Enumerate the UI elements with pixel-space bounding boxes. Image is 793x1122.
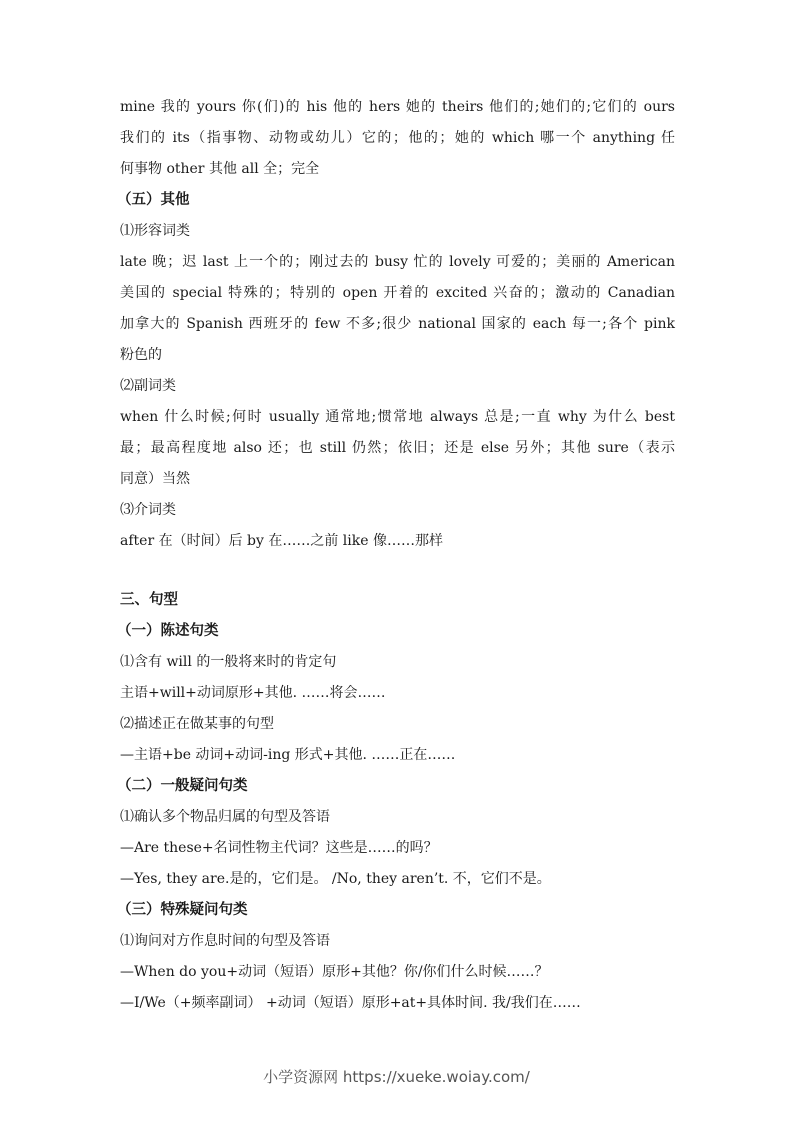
text-line: ⑴含有 will 的一般将来时的肯定句 — [120, 647, 675, 678]
text-line: 粉色的 — [120, 340, 675, 371]
subsection-title: ⑵副词类 — [120, 371, 675, 402]
text-line: mine 我的 yours 你(们)的 his 他的 hers 她的 their… — [120, 92, 675, 123]
text-line: after 在（时间）后 by 在……之前 like 像……那样 — [120, 526, 675, 557]
subsection-title: ⑶介词类 — [120, 495, 675, 526]
text-line: 同意）当然 — [120, 464, 675, 495]
document-page: mine 我的 yours 你(们)的 his 他的 hers 她的 their… — [120, 92, 675, 1019]
text-line: —When do you+动词（短语）原形+其他？你/你们什么时候……？ — [120, 957, 675, 988]
text-line: —主语+be 动词+动词-ing 形式+其他. ……正在…… — [120, 740, 675, 771]
text-line: late 晚；迟 last 上一个的；刚过去的 busy 忙的 lovely 可… — [120, 247, 675, 278]
text-line: 主语+will+动词原形+其他. ……将会…… — [120, 678, 675, 709]
text-line: ⑴询问对方作息时间的句型及答语 — [120, 926, 675, 957]
text-line: 最；最高程度地 also 还；也 still 仍然；依旧；还是 else 另外；… — [120, 433, 675, 464]
footer-watermark: 小学资源网 https://xueke.woiay.com/ — [0, 1066, 793, 1087]
section-heading: （五）其他 — [117, 185, 675, 216]
text-line: ⑵描述正在做某事的句型 — [120, 709, 675, 740]
section-heading: （三）特殊疑问句类 — [117, 895, 675, 926]
subsection-title: ⑴形容词类 — [120, 216, 675, 247]
text-line: —Are these+名词性物主代词？这些是……的吗？ — [120, 833, 675, 864]
text-line: 美国的 special 特殊的；特别的 open 开着的 excited 兴奋的… — [120, 278, 675, 309]
section-heading: （一）陈述句类 — [117, 616, 675, 647]
text-line: 我们的 its（指事物、动物或幼儿）它的；他的；她的 which 哪一个 any… — [120, 123, 675, 154]
text-line: 何事物 other 其他 all 全；完全 — [120, 154, 675, 185]
text-line: when 什么时候;何时 usually 通常地;惯常地 always 总是;一… — [120, 402, 675, 433]
text-line: ⑴确认多个物品归属的句型及答语 — [120, 802, 675, 833]
part-heading: 三、句型 — [120, 585, 675, 616]
text-line: 加拿大的 Spanish 西班牙的 few 不多;很少 national 国家的… — [120, 309, 675, 340]
text-line: —Yes, they are.是的，它们是。 /No, they aren’t.… — [120, 864, 675, 895]
text-line: —I/We（+频率副词） +动词（短语）原形+at+具体时间. 我/我们在…… — [120, 988, 675, 1019]
section-heading: （二）一般疑问句类 — [117, 771, 675, 802]
